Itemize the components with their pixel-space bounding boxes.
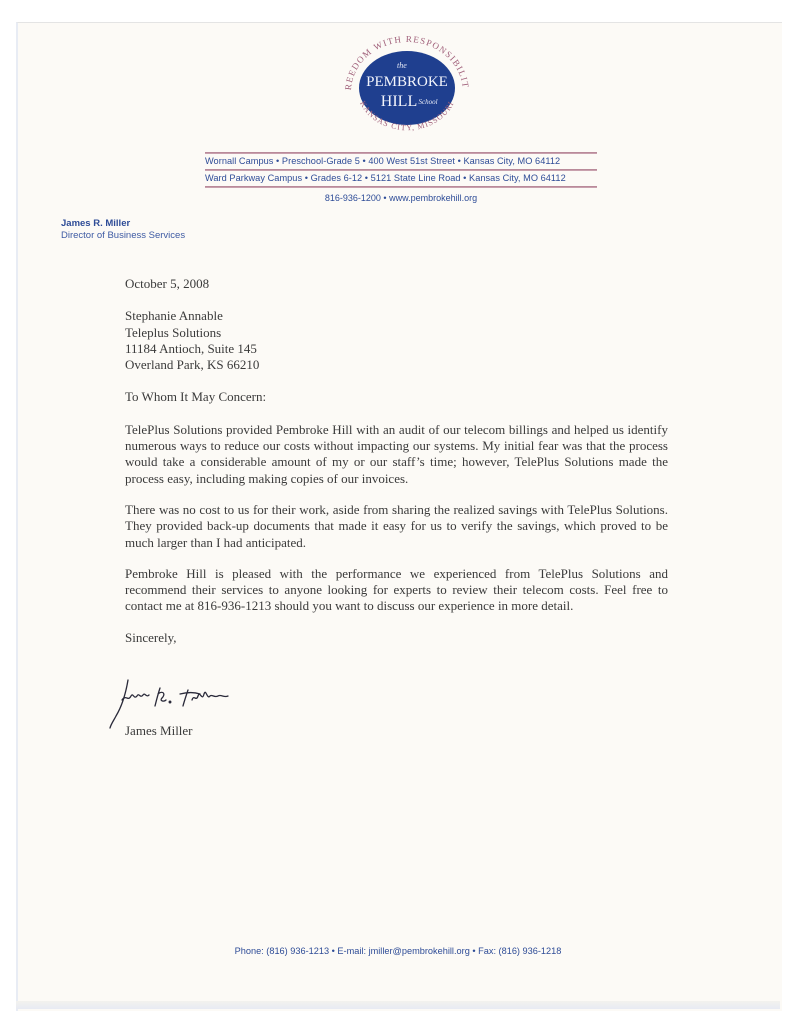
ward-parkway-campus-line: Ward Parkway Campus • Grades 6-12 • 5121…	[205, 171, 597, 186]
letterhead-contact: 816-936-1200 • www.pembrokehill.org	[205, 193, 597, 203]
svg-text:PEMBROKE: PEMBROKE	[366, 74, 448, 90]
typed-name: James Miller	[125, 723, 193, 739]
sender-block: James R. Miller Director of Business Ser…	[61, 218, 185, 242]
divider	[205, 186, 597, 188]
salutation: To Whom It May Concern:	[125, 389, 668, 405]
recipient-street: 11184 Antioch, Suite 145	[125, 341, 668, 357]
recipient-name: Stephanie Annable	[125, 308, 668, 324]
campus-address-block: Wornall Campus • Preschool-Grade 5 • 400…	[205, 152, 597, 188]
wornall-campus-line: Wornall Campus • Preschool-Grade 5 • 400…	[205, 154, 597, 169]
paragraph: There was no cost to us for their work, …	[125, 502, 668, 551]
closing: Sincerely,	[125, 630, 668, 646]
svg-text:School: School	[418, 98, 437, 106]
sender-name: James R. Miller	[61, 218, 185, 230]
paragraph: Pembroke Hill is pleased with the perfor…	[125, 566, 668, 615]
recipient-city: Overland Park, KS 66210	[125, 357, 668, 373]
school-seal-logo-icon: FREEDOM WITH RESPONSIBILITY KANSAS CITY,…	[337, 30, 477, 140]
paragraph: TelePlus Solutions provided Pembroke Hil…	[125, 422, 668, 487]
sender-title: Director of Business Services	[61, 230, 185, 242]
letter-body: October 5, 2008 Stephanie Annable Telepl…	[125, 276, 668, 646]
recipient-address: Stephanie Annable Teleplus Solutions 111…	[125, 308, 668, 373]
letter-date: October 5, 2008	[125, 276, 668, 292]
svg-text:the: the	[397, 61, 407, 70]
recipient-company: Teleplus Solutions	[125, 325, 668, 341]
page-bottom-edge	[16, 1001, 780, 1009]
footer-contact: Phone: (816) 936-1213 • E-mail: jmiller@…	[0, 946, 796, 956]
svg-text:HILL: HILL	[381, 93, 417, 110]
